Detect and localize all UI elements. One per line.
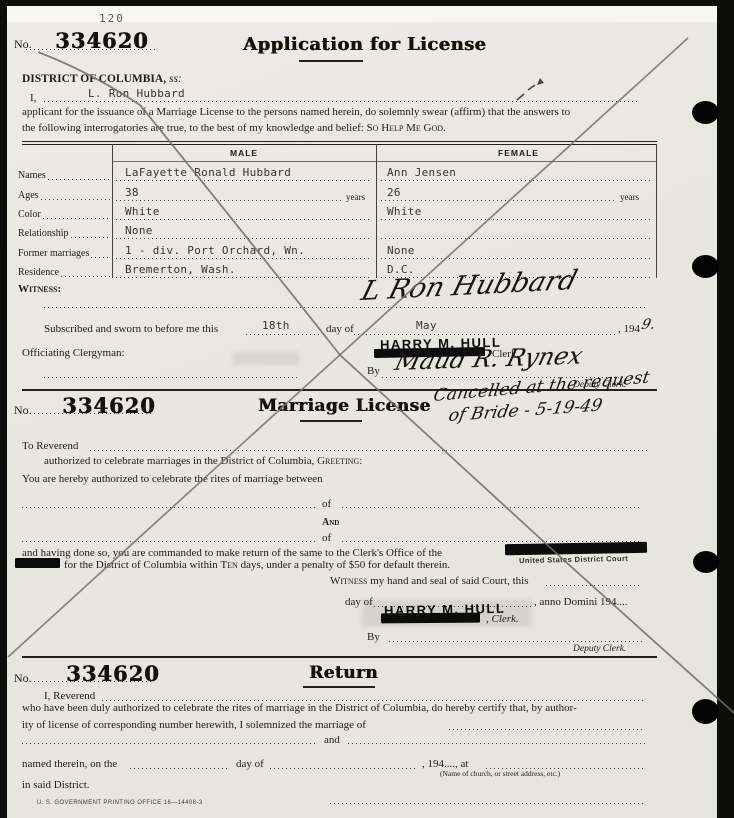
row-label-color: Color <box>18 209 41 221</box>
table-row-label: Relationship <box>18 228 110 240</box>
return-no-label: No. <box>14 672 32 686</box>
church-address-hint: (Name of church, or street address, etc.… <box>440 770 560 779</box>
redaction-bar <box>15 558 60 568</box>
dotted-line <box>381 258 653 259</box>
dotted-line <box>44 307 645 308</box>
male-name-value: LaFayette Ronald Hubbard <box>125 166 291 179</box>
application-title: Application for License <box>243 34 486 55</box>
dotted-line <box>449 729 645 730</box>
punch-hole <box>692 255 719 278</box>
by-label: By <box>367 365 380 378</box>
dotted-line <box>22 743 318 744</box>
dotted-line <box>348 743 645 744</box>
certify-line-1: who have been duly authorized to celebra… <box>22 702 577 715</box>
dotted-line <box>381 238 653 239</box>
sworn-day-value: 18th <box>262 319 290 332</box>
male-former-marriages-value: 1 - div. Port Orchard, Wn. <box>125 244 305 257</box>
dotted-line <box>116 200 342 201</box>
row-label-names: Names <box>18 170 46 182</box>
day-of-label: day of <box>345 596 373 609</box>
witness-word: Witness <box>330 575 368 587</box>
printer-imprint: U. S. GOVERNMENT PRINTING OFFICE 16—1440… <box>37 800 202 806</box>
make-return-line: and having done so, you are commanded to… <box>22 547 442 560</box>
dotted-line <box>330 803 646 804</box>
scanned-marriage-license-document: 120 No. 334620 Application for License D… <box>0 0 734 818</box>
dotted-line <box>342 507 642 508</box>
certify-line-2: ity of license of corresponding number h… <box>22 719 366 732</box>
named-therein-line: named therein, on the <box>22 758 117 771</box>
so-help-me-god: So Help Me God. <box>367 122 446 134</box>
male-color-value: White <box>125 205 160 218</box>
table-header-rule <box>112 161 657 162</box>
license-number: 334620 <box>62 393 156 418</box>
ss-abbrev: ss: <box>169 73 182 85</box>
clerk-label: , Clerk. <box>486 613 519 626</box>
applicant-name-value: L. Ron Hubbard <box>88 87 185 100</box>
title-underline <box>300 420 362 422</box>
day-of-label: day of <box>236 758 264 771</box>
ten-word: Ten <box>220 559 237 571</box>
punch-hole <box>693 551 719 573</box>
dotted-line <box>116 277 372 278</box>
deputy-clerk-label: Deputy Clerk. <box>573 644 626 655</box>
authorized-line: authorized to celebrate marriages in the… <box>44 455 362 468</box>
years-label-male: years <box>346 192 365 202</box>
dotted-line <box>116 238 372 239</box>
table-vertical-line <box>376 144 377 278</box>
row-label-residence: Residence <box>18 267 59 279</box>
dotted-line <box>381 219 653 220</box>
dotted-line <box>44 377 300 378</box>
anno-domini-line: , anno Domini 194.... <box>534 596 628 609</box>
dotted-line <box>90 450 648 451</box>
dotted-line <box>22 507 316 508</box>
greeting-word: Greeting: <box>317 455 362 467</box>
oath-line-2: the following interrogatories are true, … <box>22 122 446 135</box>
dotted-line <box>116 258 372 259</box>
dotted-line <box>246 334 320 335</box>
return-title: Return <box>309 663 378 683</box>
and-label: and <box>324 734 340 747</box>
table-vertical-line <box>112 144 113 278</box>
witness-court-line: Witness my hand and seal of said Court, … <box>330 575 529 588</box>
page-number: 120 <box>99 12 125 25</box>
officiating-clergyman-label: Officiating Clergyman: <box>22 347 125 360</box>
year-printed: , 194 <box>618 323 640 336</box>
dotted-line <box>130 768 230 769</box>
male-relationship-value: None <box>125 224 153 237</box>
dotted-line <box>102 700 645 701</box>
dotted-line <box>22 541 316 542</box>
row-label-relationship: Relationship <box>18 228 69 240</box>
dotted-line <box>44 101 640 102</box>
column-header-male: MALE <box>230 149 258 159</box>
dotted-line <box>116 180 372 181</box>
punch-hole <box>692 101 719 124</box>
authorized-text: authorized to celebrate marriages in the… <box>44 455 317 467</box>
dotted-line <box>546 585 642 586</box>
female-age-value: 26 <box>387 186 401 199</box>
sworn-month-value: May <box>416 319 437 332</box>
table-row-label: Residence <box>18 267 110 279</box>
male-residence-value: Bremerton, Wash. <box>125 263 236 276</box>
ten-days-line: for the District of Columbia within Ten … <box>64 559 450 572</box>
dotted-line <box>389 641 642 642</box>
dotted-line <box>116 219 372 220</box>
dotted-line <box>381 180 653 181</box>
sworn-prefix: Subscribed and sworn to before me this <box>44 323 218 336</box>
witness-label: Witness: <box>18 283 61 296</box>
in-said-district-line: in said District. <box>22 779 90 792</box>
of-label: of <box>322 532 331 545</box>
to-reverend-label: To Reverend <box>22 440 78 453</box>
male-age-value: 38 <box>125 186 139 199</box>
i-label: I, <box>30 92 36 105</box>
punch-hole <box>692 699 719 724</box>
section-divider-rule <box>22 656 657 658</box>
title-underline <box>303 686 375 688</box>
table-row-label: Former marriages <box>18 248 110 260</box>
hereby-authorized-line: You are hereby authorized to celebrate t… <box>22 473 323 486</box>
witness-rest: my hand and seal of said Court, this <box>368 575 529 587</box>
title-underline <box>299 60 363 62</box>
day-of-label: day of <box>326 323 354 336</box>
license-no-label: No. <box>14 404 32 418</box>
female-color-value: White <box>387 205 422 218</box>
dotted-line <box>381 200 615 201</box>
years-label-female: years <box>620 192 639 202</box>
column-header-female: FEMALE <box>498 149 539 159</box>
row-label-ages: Ages <box>18 190 39 202</box>
table-row-label: Color <box>18 209 110 221</box>
dotted-line <box>270 768 418 769</box>
dotted-line <box>26 681 152 682</box>
by-label: By <box>367 631 380 644</box>
of-label: of <box>322 498 331 511</box>
table-top-rule <box>22 144 657 145</box>
table-vertical-line <box>656 144 657 278</box>
return-number: 334620 <box>66 661 160 686</box>
district-line: DISTRICT OF COLUMBIA, ss: <box>22 73 182 86</box>
table-row-label: Ages <box>18 190 110 202</box>
dotted-line <box>26 413 152 414</box>
oath-line-2-text: the following interrogatories are true, … <box>22 122 367 134</box>
ten-days-prefix: for the District of Columbia within <box>64 559 220 571</box>
oath-line-1: applicant for the issuance of a Marriage… <box>22 106 570 119</box>
ten-days-suffix: days, under a penalty of $50 for default… <box>238 559 450 571</box>
i-reverend-label: I, Reverend <box>44 690 95 703</box>
and-label: And <box>322 517 339 529</box>
license-title: Marriage License <box>258 396 431 416</box>
female-former-marriages-value: None <box>387 244 415 257</box>
dotted-line <box>26 49 158 50</box>
female-name-value: Ann Jensen <box>387 166 456 179</box>
redaction-bar <box>381 613 480 624</box>
district-label: DISTRICT OF COLUMBIA, <box>22 73 166 85</box>
table-row-label: Names <box>18 170 110 182</box>
row-label-former-marriages: Former marriages <box>18 248 89 260</box>
ghost-stamp-smudge <box>233 352 299 365</box>
table-top-rule <box>22 141 657 142</box>
